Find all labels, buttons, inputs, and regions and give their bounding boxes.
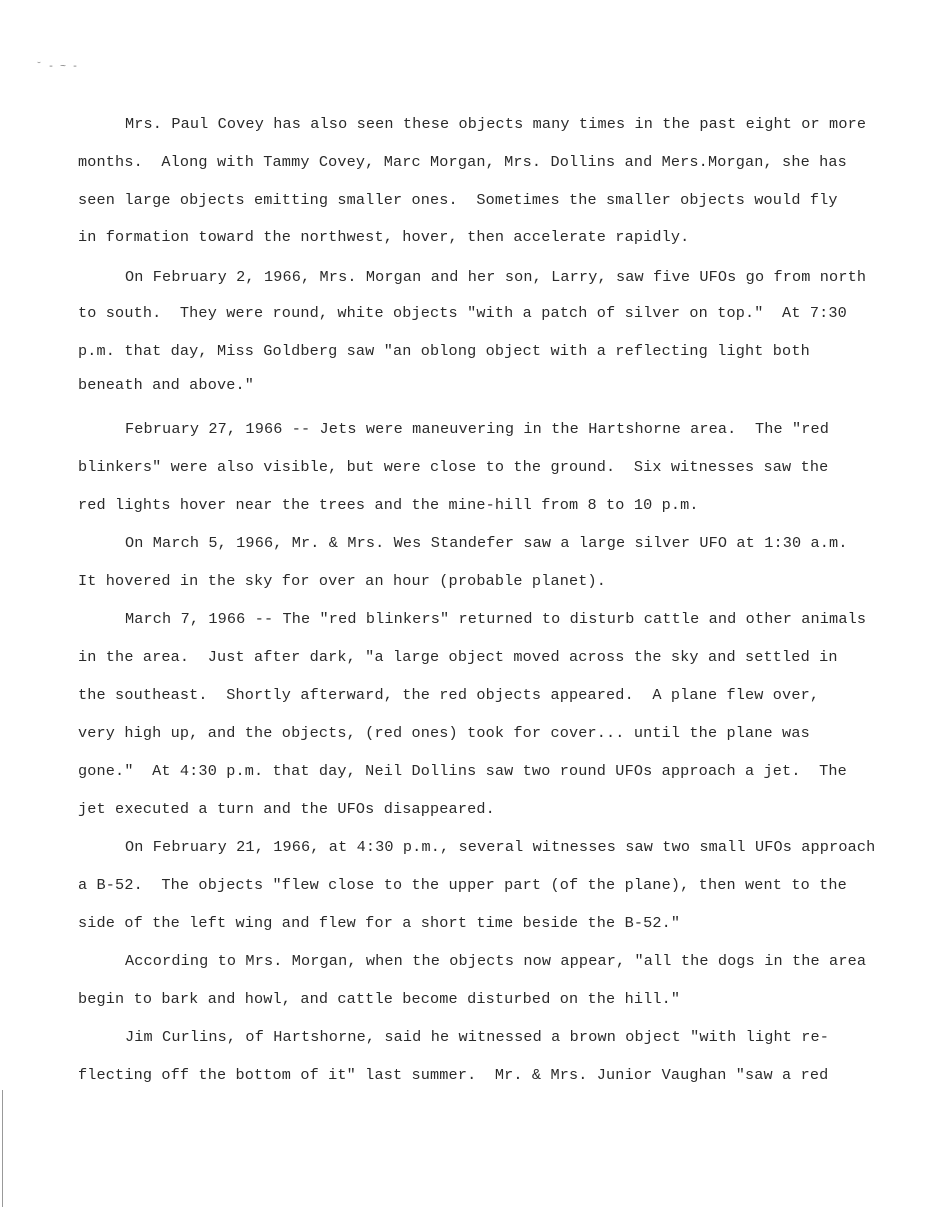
- text-line: in the area. Just after dark, "a large o…: [78, 647, 838, 667]
- text-line: February 27, 1966 -- Jets were maneuveri…: [125, 419, 829, 439]
- text-line: the southeast. Shortly afterward, the re…: [78, 685, 819, 705]
- corner-smudge-marks: ˘ - ~ -: [36, 62, 78, 73]
- text-line: in formation toward the northwest, hover…: [78, 227, 689, 247]
- text-line: According to Mrs. Morgan, when the objec…: [125, 951, 866, 971]
- text-line: months. Along with Tammy Covey, Marc Mor…: [78, 152, 847, 172]
- text-line: March 7, 1966 -- The "red blinkers" retu…: [125, 609, 866, 629]
- text-line: very high up, and the objects, (red ones…: [78, 723, 810, 743]
- text-line: p.m. that day, Miss Goldberg saw "an obl…: [78, 341, 810, 361]
- text-line: Jim Curlins, of Hartshorne, said he witn…: [125, 1027, 829, 1047]
- typewritten-page: ˘ - ~ - Mrs. Paul Covey has also seen th…: [0, 0, 950, 1207]
- text-line: to south. They were round, white objects…: [78, 303, 847, 323]
- text-line: begin to bark and howl, and cattle becom…: [78, 989, 680, 1009]
- scan-edge-line: [2, 1090, 3, 1207]
- text-line: It hovered in the sky for over an hour (…: [78, 571, 606, 591]
- text-line: jet executed a turn and the UFOs disappe…: [78, 799, 495, 819]
- text-line: red lights hover near the trees and the …: [78, 495, 699, 515]
- text-line: a B-52. The objects "flew close to the u…: [78, 875, 847, 895]
- text-line: beneath and above.": [78, 375, 254, 395]
- text-line: Mrs. Paul Covey has also seen these obje…: [125, 114, 866, 134]
- text-line: gone." At 4:30 p.m. that day, Neil Dolli…: [78, 761, 847, 781]
- text-line: On February 21, 1966, at 4:30 p.m., seve…: [125, 837, 875, 857]
- text-line: blinkers" were also visible, but were cl…: [78, 457, 828, 477]
- text-line: side of the left wing and flew for a sho…: [78, 913, 680, 933]
- text-line: On February 2, 1966, Mrs. Morgan and her…: [125, 267, 866, 287]
- text-line: On March 5, 1966, Mr. & Mrs. Wes Standef…: [125, 533, 848, 553]
- text-line: flecting off the bottom of it" last summ…: [78, 1065, 828, 1085]
- text-line: seen large objects emitting smaller ones…: [78, 190, 838, 210]
